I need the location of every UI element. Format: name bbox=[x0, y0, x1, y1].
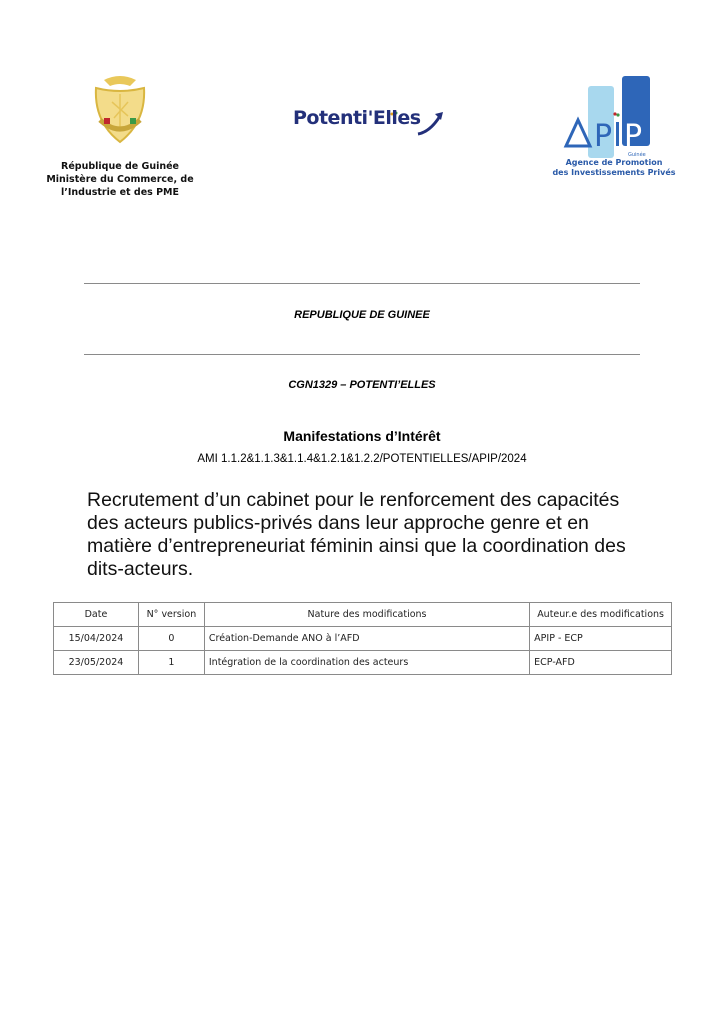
table-row: 23/05/2024 1 Intégration de la coordinat… bbox=[54, 651, 672, 675]
svg-text:P: P bbox=[594, 119, 612, 154]
cell-author: ECP-AFD bbox=[530, 651, 672, 675]
divider-top bbox=[84, 283, 640, 284]
country-heading: REPUBLIQUE DE GUINEE bbox=[84, 309, 640, 321]
potentielles-wordmark: Potenti'Elles bbox=[293, 107, 421, 129]
header-author: Auteur.e des modifications bbox=[530, 603, 672, 627]
header-version: N° version bbox=[138, 603, 204, 627]
cell-date: 23/05/2024 bbox=[54, 651, 139, 675]
document-type-title: Manifestations d’Intérêt bbox=[84, 428, 640, 444]
guinea-coat-of-arms-icon bbox=[84, 72, 156, 148]
header-nature: Nature des modifications bbox=[204, 603, 529, 627]
project-code: CGN1329 – POTENTI’ELLES bbox=[84, 379, 640, 391]
header-date: Date bbox=[54, 603, 139, 627]
apip-caption: Agence de Promotion des Investissements … bbox=[552, 158, 676, 178]
reference-number: AMI 1.1.2&1.1.3&1.1.4&1.2.1&1.2.2/POTENT… bbox=[84, 453, 640, 465]
cell-nature: Création-Demande ANO à l’AFD bbox=[204, 627, 529, 651]
cell-date: 15/04/2024 bbox=[54, 627, 139, 651]
modifications-table: Date N° version Nature des modifications… bbox=[53, 602, 672, 675]
apip-logo: P P Guinée bbox=[560, 72, 670, 160]
apip-sub: Guinée bbox=[628, 151, 646, 158]
document-description: Recrutement d’un cabinet pour le renforc… bbox=[87, 489, 647, 581]
apip-caption-line-2: des Investissements Privés bbox=[552, 168, 676, 178]
cell-author: APIP - ECP bbox=[530, 627, 672, 651]
cell-version: 0 bbox=[138, 627, 204, 651]
divider-bottom bbox=[84, 354, 640, 355]
caption-line-3: l’Industrie et des PME bbox=[40, 186, 200, 199]
table-header-row: Date N° version Nature des modifications… bbox=[54, 603, 672, 627]
cell-nature: Intégration de la coordination des acteu… bbox=[204, 651, 529, 675]
caption-line-1: République de Guinée bbox=[40, 160, 200, 173]
caption-line-2: Ministère du Commerce, de bbox=[40, 173, 200, 186]
apip-caption-line-1: Agence de Promotion bbox=[552, 158, 676, 168]
svg-text:P: P bbox=[624, 119, 642, 154]
ministry-caption: République de Guinée Ministère du Commer… bbox=[40, 160, 200, 199]
table-row: 15/04/2024 0 Création-Demande ANO à l’AF… bbox=[54, 627, 672, 651]
cell-version: 1 bbox=[138, 651, 204, 675]
